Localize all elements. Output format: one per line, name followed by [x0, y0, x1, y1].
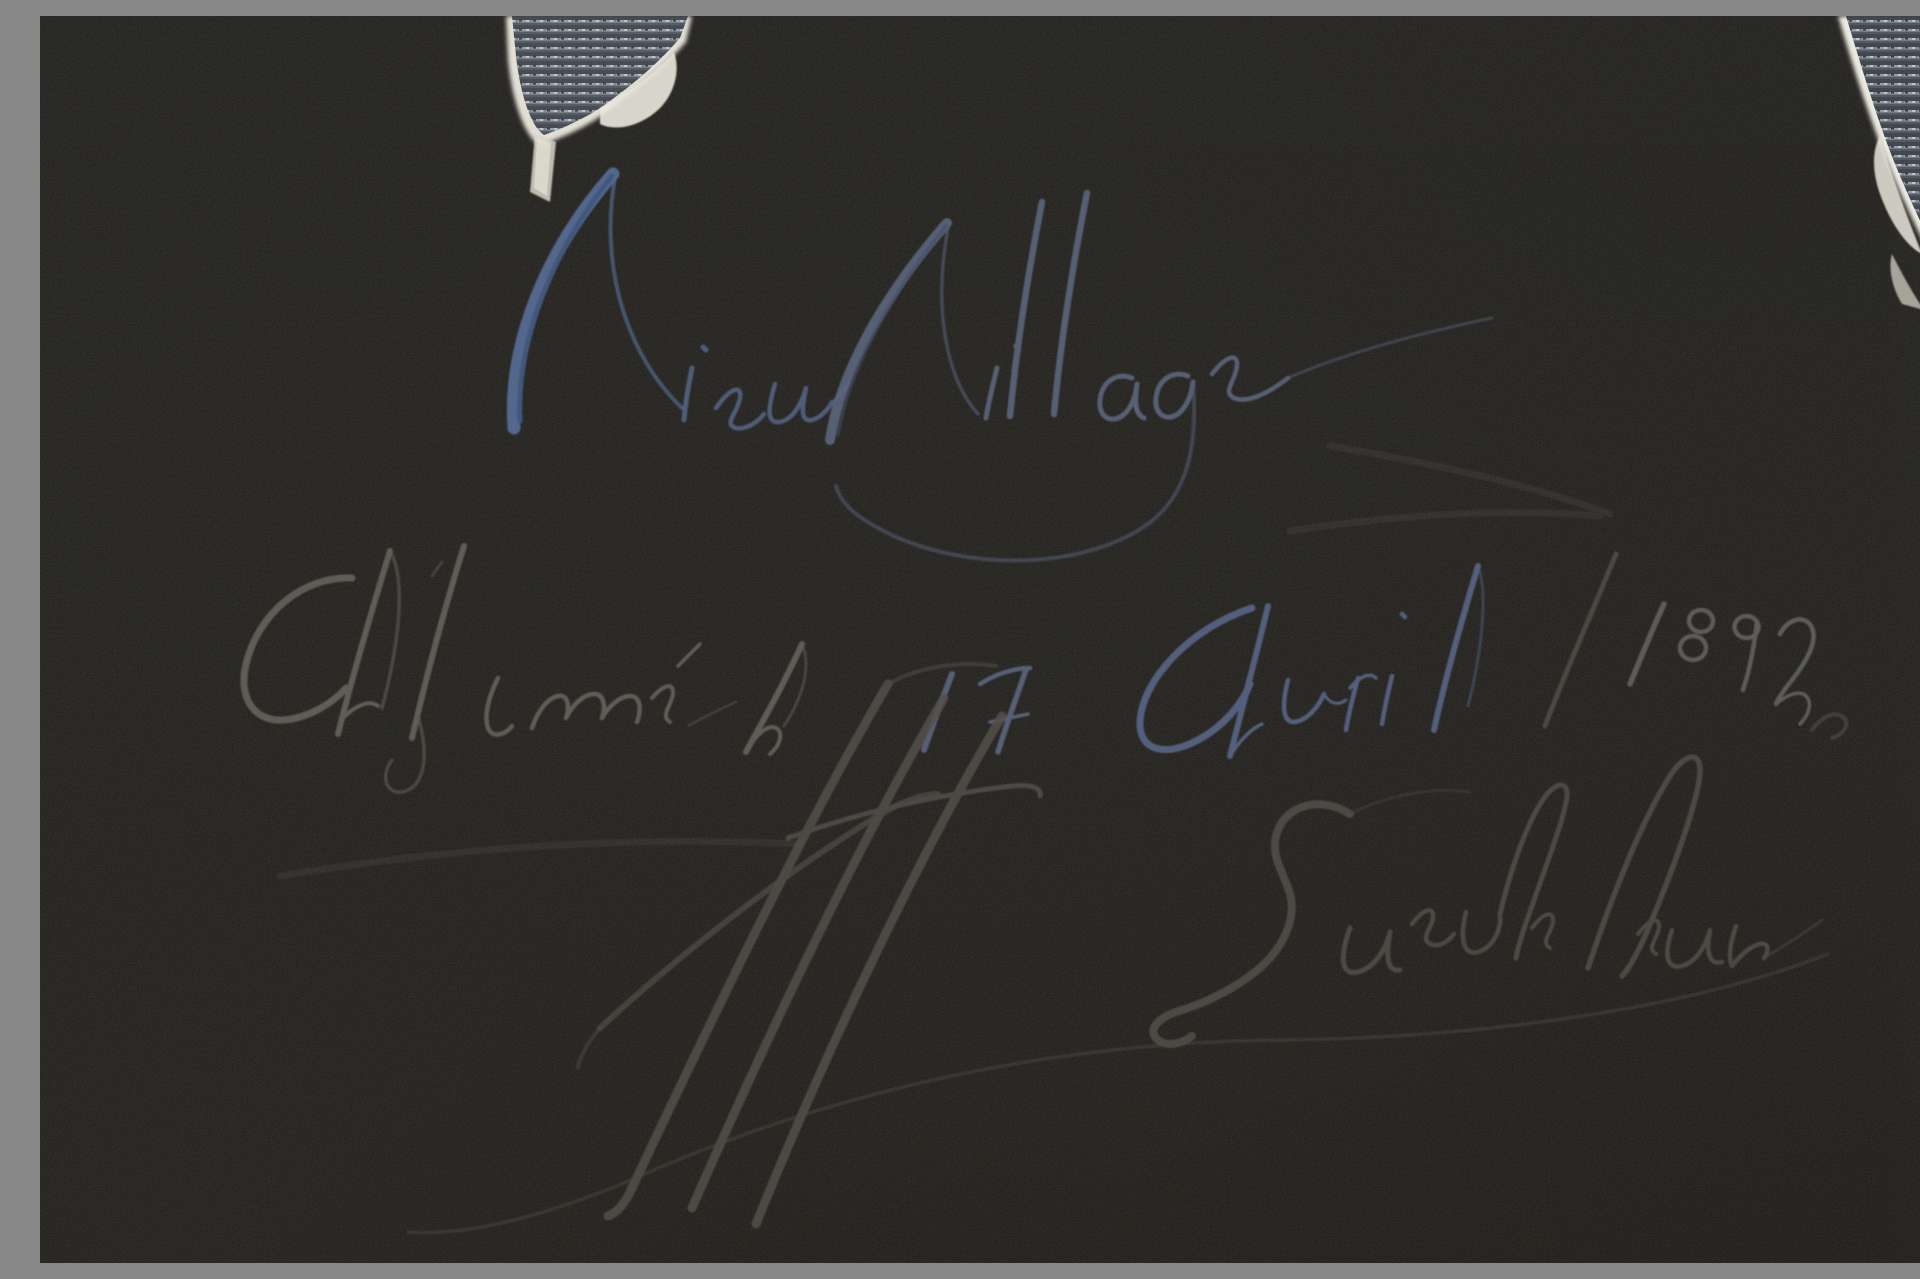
- inscription-scene: [40, 16, 1920, 1263]
- paper-background: [40, 16, 1920, 1263]
- photo-of-inscription-verso: Vieu Village Chifsmé le 17 Avril 1892. M…: [40, 16, 1920, 1263]
